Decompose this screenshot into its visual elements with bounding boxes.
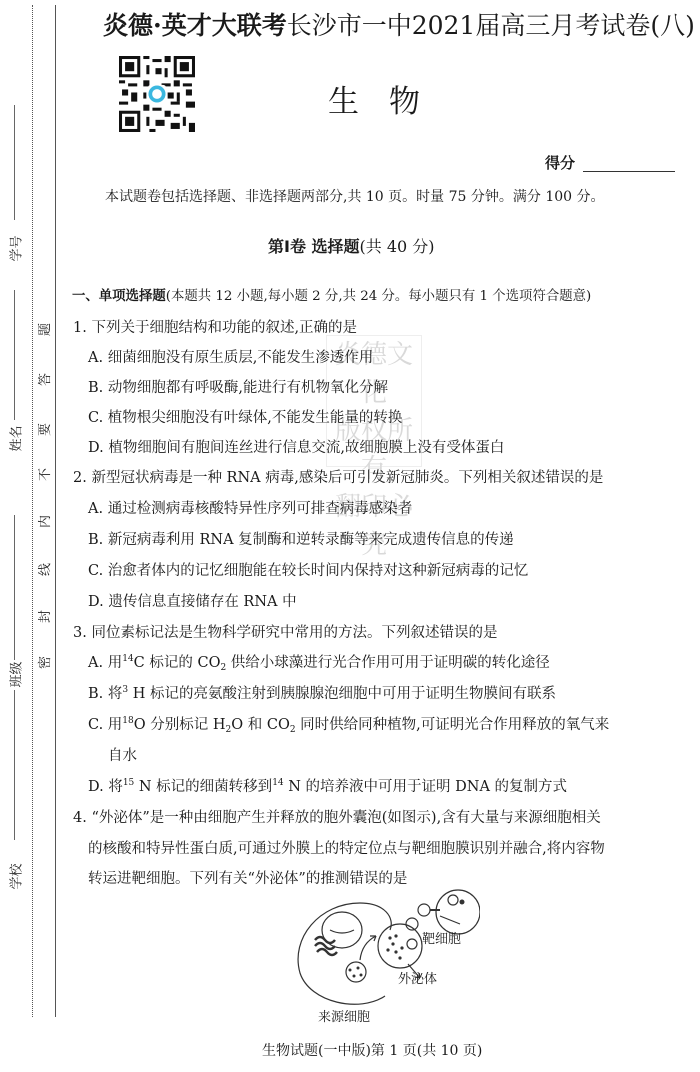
question-3-option-a[interactable]: A. 用14C 标记的 CO2 供给小球藻进行光合作用可用于证明碳的转化途径 xyxy=(88,651,550,672)
exam-title: 炎德·英才大联考长沙市一中2021届高三月考试卷(八) xyxy=(103,6,695,42)
name-label: 姓名 xyxy=(11,425,24,451)
part-heading-bold: 一、单项选择题 xyxy=(72,289,166,304)
class-blank-line xyxy=(14,515,15,660)
class-label: 班级 xyxy=(11,661,24,687)
section-heading-bold: 第Ⅰ卷 选择题 xyxy=(268,237,360,256)
seal-char: 不 xyxy=(34,468,53,481)
part-heading-rules: (本题共 12 小题,每小题 2 分,共 24 分。每小题只有 1 个选项符合题… xyxy=(166,289,592,304)
question-1-stem: 1. 下列关于细胞结构和功能的叙述,正确的是 xyxy=(73,316,357,337)
option-text: N 的培养液中可用于证明 DNA 的复制方式 xyxy=(284,779,567,795)
student-id-blank-line xyxy=(14,105,15,220)
option-text: 同时供给同种植物,可证明光合作用释放的氧气来 xyxy=(296,717,610,733)
margin-border-line xyxy=(55,5,56,1017)
part-heading: 一、单项选择题(本题共 12 小题,每小题 2 分,共 24 分。每小题只有 1… xyxy=(72,285,591,304)
section-heading: 第Ⅰ卷 选择题(共 40 分) xyxy=(268,234,435,257)
seal-dotted-line xyxy=(32,5,33,1017)
option-text: 供给小球藻进行光合作用可用于证明碳的转化途径 xyxy=(226,655,550,671)
seal-char: 要 xyxy=(34,423,53,436)
section-heading-points: (共 40 分) xyxy=(360,237,435,256)
option-text: O 分别标记 H xyxy=(134,717,226,733)
option-text: H 标记的亮氨酸注射到胰腺腺泡细胞中可用于证明生物膜间有联系 xyxy=(128,686,556,702)
question-3-stem: 3. 同位素标记法是生物科学研究中常用的方法。下列叙述错误的是 xyxy=(73,621,497,642)
exam-brand: 炎德·英才大联考 xyxy=(103,11,287,40)
question-2-option-c[interactable]: C. 治愈者体内的记忆细胞能在较长时间内保持对这种新冠病毒的记忆 xyxy=(88,559,528,580)
isotope-mass: 18 xyxy=(122,716,133,726)
qr-code-icon[interactable] xyxy=(119,56,195,132)
option-text: A. 用 xyxy=(88,655,122,671)
score-label: 得分 xyxy=(545,152,575,173)
name-blank-line xyxy=(14,290,15,420)
question-3-option-d[interactable]: D. 将15 N 标记的细菌转移到14 N 的培养液中可用于证明 DNA 的复制… xyxy=(88,775,567,796)
question-3-option-c[interactable]: C. 用18O 分别标记 H2O 和 CO2 同时供给同种植物,可证明光合作用释… xyxy=(88,713,609,734)
seal-char: 内 xyxy=(34,515,53,528)
seal-char: 封 xyxy=(34,610,53,623)
subject-title: 生物 xyxy=(328,76,450,121)
question-1-option-c[interactable]: C. 植物根尖细胞没有叶绿体,不能发生能量的转换 xyxy=(88,406,402,427)
option-text: D. 将 xyxy=(88,779,123,795)
question-1-option-a[interactable]: A. 细菌细胞没有原生质层,不能发生渗透作用 xyxy=(88,346,373,367)
label-exosome: 外泌体 xyxy=(398,968,437,987)
seal-char: 密 xyxy=(34,656,53,669)
seal-char: 线 xyxy=(34,563,53,576)
question-2-option-a[interactable]: A. 通过检测病毒核酸特异性序列可排查病毒感染者 xyxy=(88,497,412,518)
seal-char: 题 xyxy=(34,323,53,336)
question-1-option-b[interactable]: B. 动物细胞都有呼吸酶,能进行有机物氧化分解 xyxy=(88,376,388,397)
label-source-cell: 来源细胞 xyxy=(318,1006,370,1025)
question-2-option-b[interactable]: B. 新冠病毒利用 RNA 复制酶和逆转录酶等来完成遗传信息的传递 xyxy=(88,528,514,549)
student-id-label: 学号 xyxy=(11,235,24,261)
question-2-stem: 2. 新型冠状病毒是一种 RNA 病毒,感染后可引发新冠肺炎。下列相关叙述错误的… xyxy=(73,466,603,487)
isotope-mass: 14 xyxy=(122,654,133,664)
page-footer: 生物试题(一中版)第 1 页(共 10 页) xyxy=(262,1040,482,1060)
school-label: 学校 xyxy=(11,863,24,889)
isotope-mass: 15 xyxy=(123,778,134,788)
isotope-mass: 14 xyxy=(272,778,283,788)
label-target-cell: 靶细胞 xyxy=(422,928,461,947)
school-blank-line xyxy=(14,690,15,840)
question-4-stem-line-2: 的核酸和特异性蛋白质,可通过外膜上的特定位点与靶细胞膜识别并融合,将内容物 xyxy=(88,837,605,858)
question-3-option-b[interactable]: B. 将3 H 标记的亮氨酸注射到胰腺腺泡细胞中可用于证明生物膜间有联系 xyxy=(88,682,556,703)
question-1-option-d[interactable]: D. 植物细胞间有胞间连丝进行信息交流,故细胞膜上没有受体蛋白 xyxy=(88,436,504,457)
score-blank-line[interactable] xyxy=(583,171,675,172)
exam-instructions: 本试题卷包括选择题、非选择题两部分,共 10 页。时量 75 分钟。满分 100… xyxy=(105,186,605,206)
question-2-option-d[interactable]: D. 遗传信息直接储存在 RNA 中 xyxy=(88,590,297,611)
question-4-stem-line-3: 转运进靶细胞。下列有关“外泌体”的推测错误的是 xyxy=(88,867,407,888)
question-3-option-c-continued: 自水 xyxy=(108,744,137,765)
exam-title-rest: 长沙市一中2021届高三月考试卷(八) xyxy=(287,11,695,40)
option-text: B. 将 xyxy=(88,686,122,702)
option-text: C 标记的 CO xyxy=(134,655,221,671)
seal-char: 答 xyxy=(34,373,53,386)
option-text: O 和 CO xyxy=(231,717,290,733)
exosome-diagram: 靶细胞 外泌体 来源细胞 xyxy=(290,888,480,1028)
option-text: C. 用 xyxy=(88,717,122,733)
option-text: N 标记的细菌转移到 xyxy=(134,779,272,795)
question-4-stem-line-1: 4. “外泌体”是一种由细胞产生并释放的胞外囊泡(如图示),含有大量与来源细胞相… xyxy=(73,806,601,827)
